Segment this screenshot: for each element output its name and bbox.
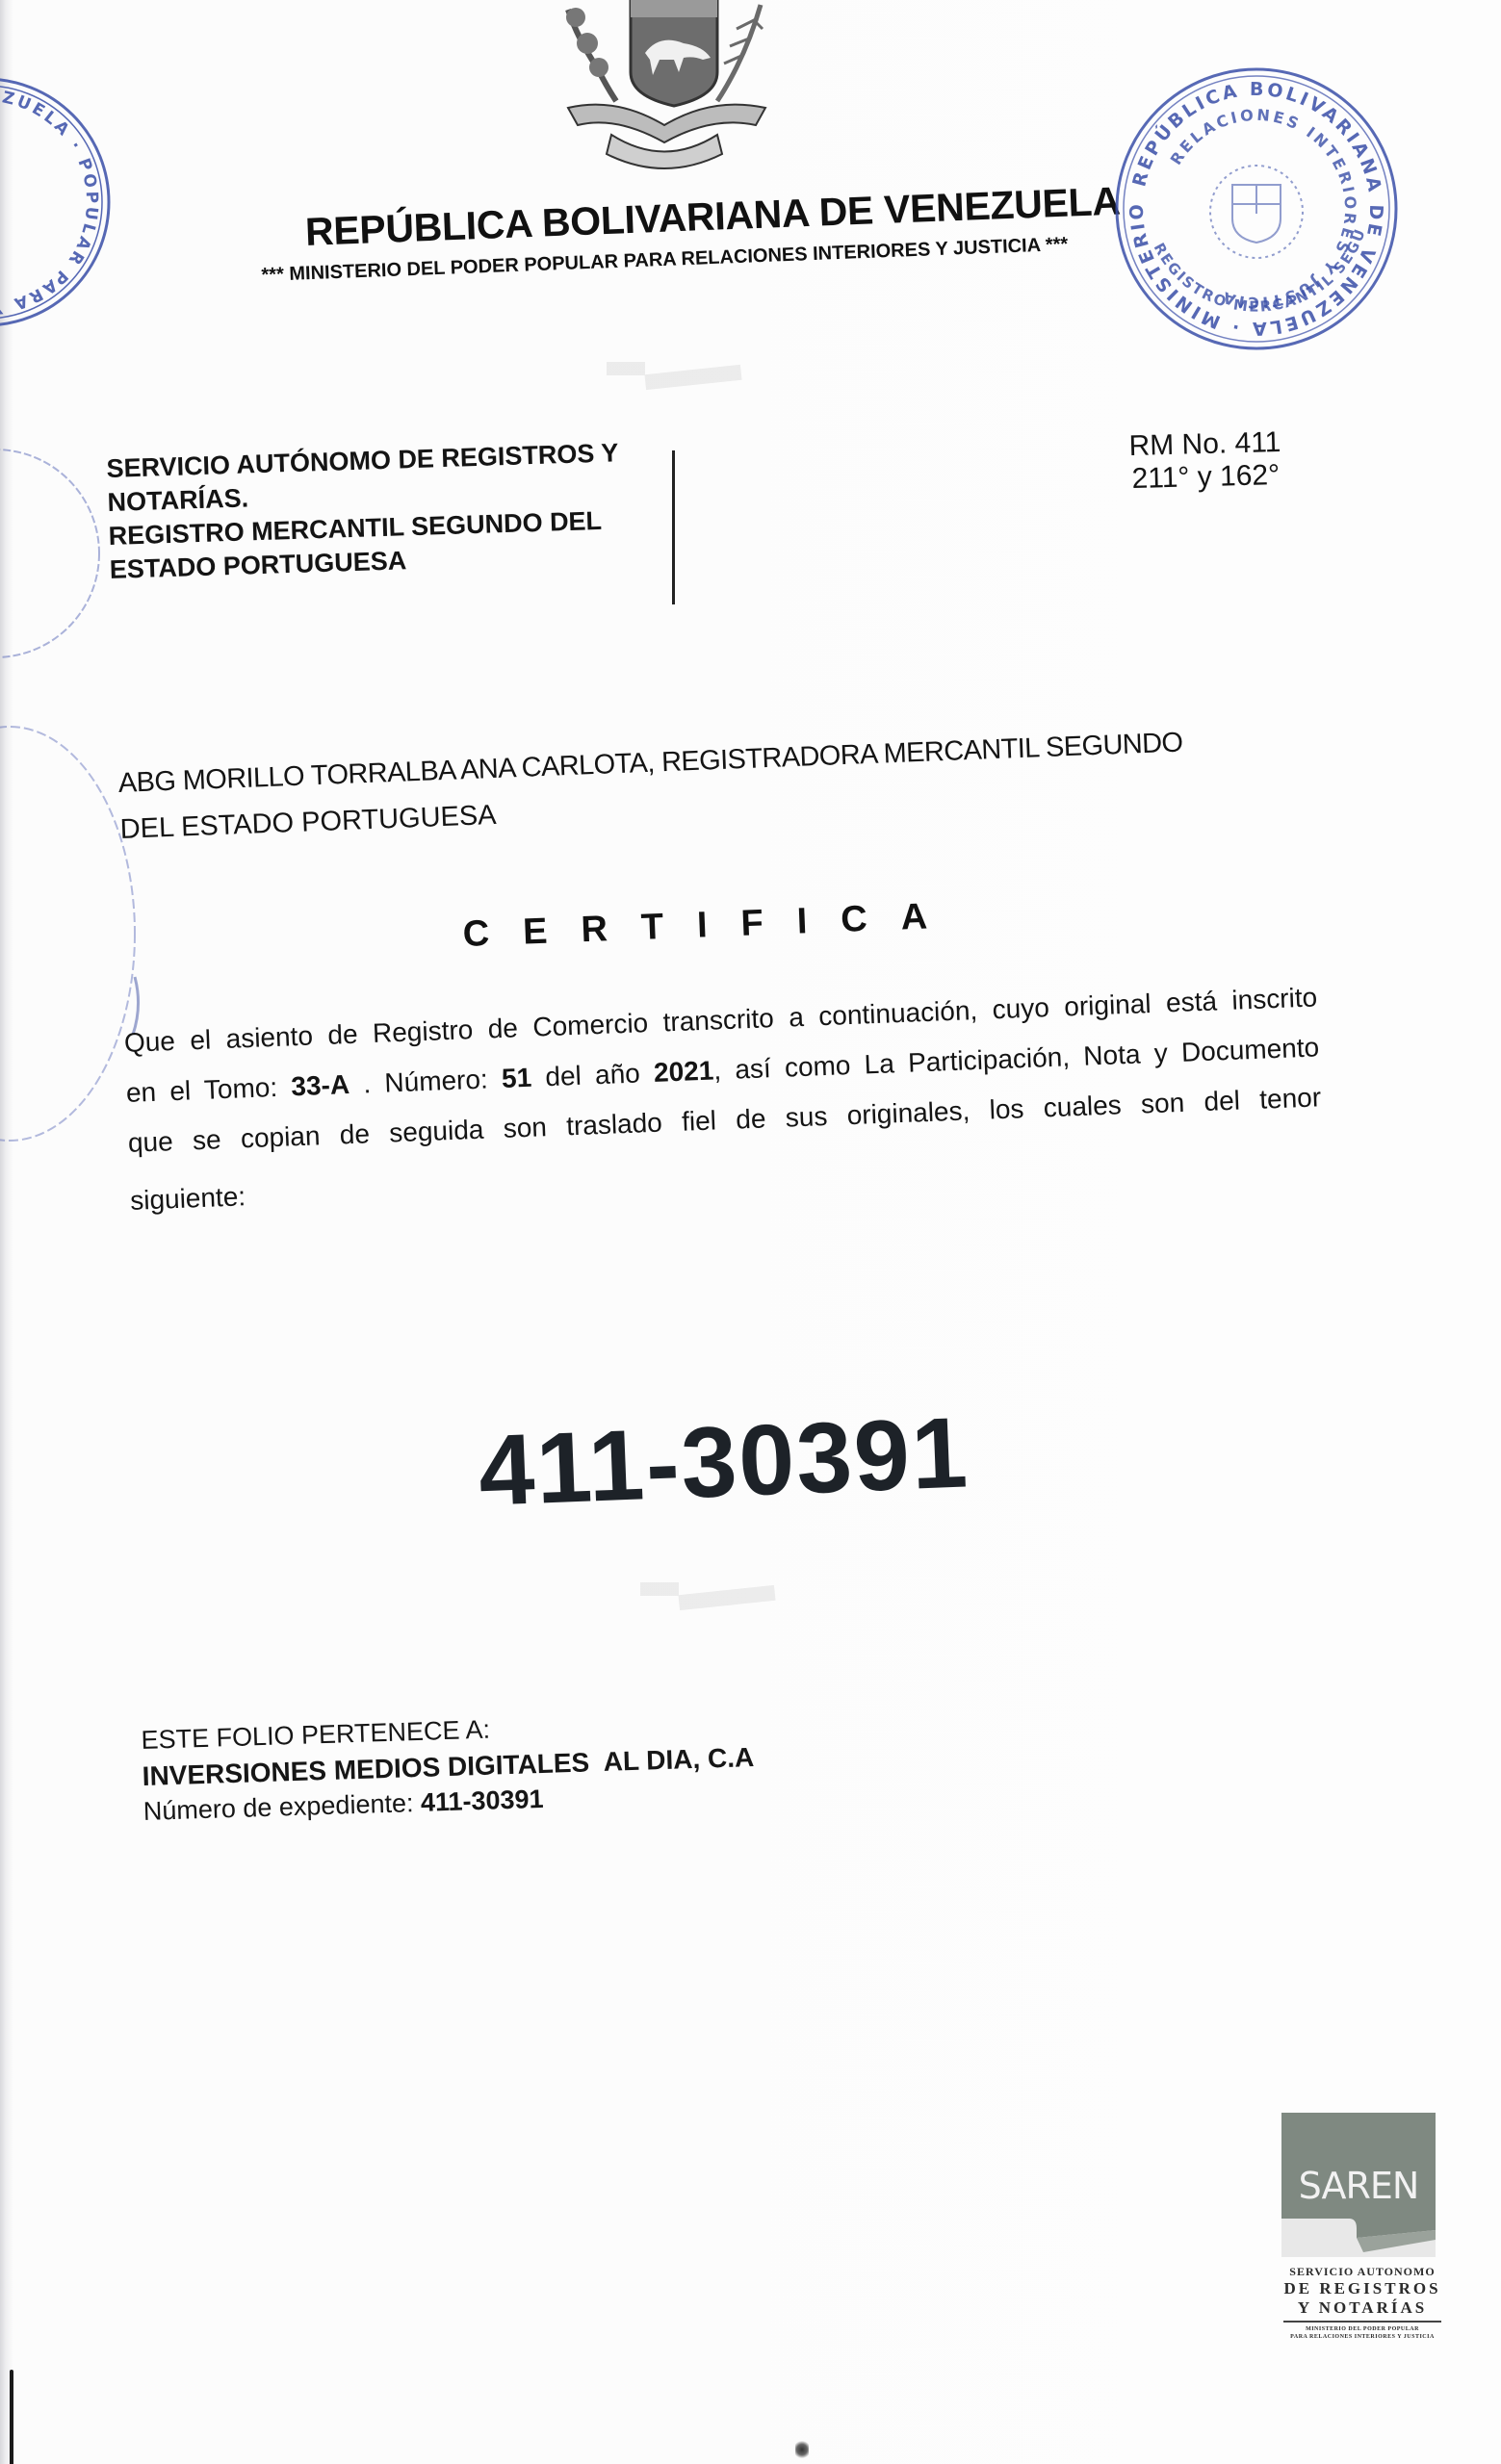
pen-mark (10, 2370, 13, 2464)
official-seal-stamp: REPÚBLICA BOLIVARIANA DE VENEZUELA · MIN… (1107, 60, 1406, 358)
ink-smudge (795, 2440, 809, 2459)
registrar-name: ABG MORILLO TORRALBA ANA CARLOTA, REGIST… (117, 720, 1185, 853)
certification-paragraph: Que el asiento de Registro de Comercio t… (123, 972, 1324, 1225)
faint-stamp-mark (640, 1578, 785, 1611)
saren-logo-mark: SAREN (1281, 2113, 1436, 2257)
anio-value: 2021 (653, 1056, 713, 1088)
registry-number-block: RM No. 411 211° y 162° (1128, 426, 1282, 496)
saren-caption: SERVICIO AUTONOMO DE REGISTROS Y NOTARÍA… (1276, 2265, 1449, 2341)
rm-number: RM No. 411 (1128, 426, 1281, 463)
faint-stamp-mark (607, 358, 751, 391)
document-page: REPÚBLICA BOLIVARIANA DE VENEZUELA *** M… (0, 0, 1501, 2464)
partial-seal-stamp: VENEZUELA · POPULAR PARA Y JUSTICIA · RE… (0, 72, 116, 332)
years: 211° y 162° (1129, 459, 1282, 496)
vertical-divider (672, 450, 675, 604)
svg-text:VENEZUELA · POPULAR PARA Y JUS: VENEZUELA · POPULAR PARA Y JUSTICIA · RE… (0, 72, 101, 318)
certifica-heading: CERTIFICA (462, 895, 962, 956)
saren-wordmark: SAREN (1281, 2165, 1436, 2207)
numero-value: 51 (501, 1063, 531, 1093)
saren-rule (1283, 2321, 1441, 2323)
tomo-value: 33-A (291, 1069, 350, 1101)
folio-ownership: ESTE FOLIO PERTENECE A: INVERSIONES MEDI… (141, 1704, 756, 1830)
saren-logo: SAREN SERVICIO AUTONOMO DE REGISTROS Y N… (1276, 2113, 1449, 2341)
registry-office: SERVICIO AUTÓNOMO DE REGISTROS Y NOTARÍA… (106, 435, 649, 587)
expediente-number-large: 411-30391 (477, 1396, 971, 1528)
partial-seal-stamp (0, 443, 106, 664)
venezuela-coat-of-arms-icon (539, 0, 789, 173)
expediente-value: 411-30391 (420, 1784, 544, 1817)
